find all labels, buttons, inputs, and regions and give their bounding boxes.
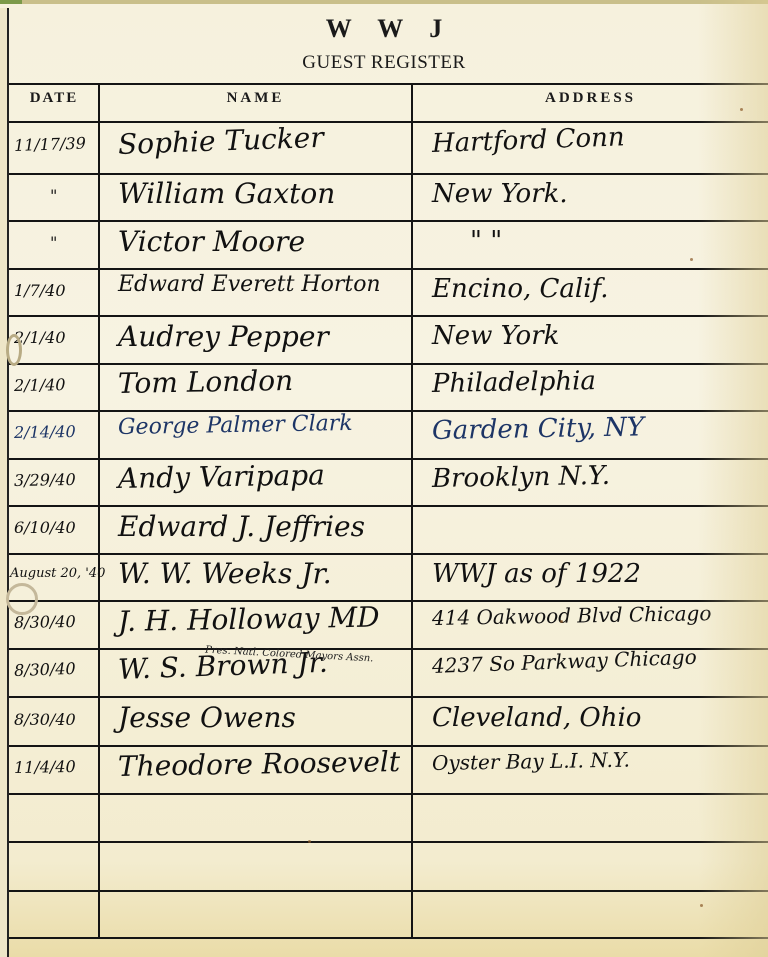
name-cell: William Gaxton	[118, 177, 335, 210]
date-cell: 1/7/40	[14, 281, 66, 300]
date-cell: 8/30/40	[14, 710, 76, 729]
address-cell: Oyster Bay L.I. N.Y.	[432, 748, 630, 775]
column-header-address: ADDRESS	[413, 90, 768, 107]
name-cell: George Palmer Clark	[118, 411, 353, 440]
date-cell: August 20, '40	[10, 566, 105, 581]
row-rule	[9, 841, 768, 843]
paper-speck	[690, 258, 693, 261]
name-cell: Edward J. Jeffries	[118, 510, 365, 543]
date-cell: 6/10/40	[14, 518, 76, 537]
binding-edge	[0, 8, 9, 957]
row-rule	[9, 696, 768, 698]
name-cell: W. W. Weeks Jr.	[118, 557, 332, 590]
row-rule	[9, 268, 768, 270]
row-rule	[9, 220, 768, 222]
address-cell: " "	[470, 226, 502, 256]
address-cell: New York.	[432, 179, 568, 209]
row-rule	[9, 83, 768, 85]
date-cell: "	[50, 233, 57, 252]
address-cell: Cleveland, Ohio	[432, 703, 641, 733]
date-cell: 2/14/40	[14, 422, 76, 442]
paper-speck	[740, 108, 743, 111]
column-rule	[411, 83, 413, 939]
column-rule	[98, 83, 100, 939]
row-rule	[9, 315, 768, 317]
name-cell: Andy Varipapa	[118, 459, 325, 496]
row-rule	[9, 793, 768, 795]
address-cell: Philadelphia	[432, 366, 596, 399]
date-cell: 8/30/40	[14, 612, 76, 632]
address-cell: Hartford Conn	[431, 123, 625, 160]
column-header-date: DATE	[10, 90, 98, 107]
paper-speck	[560, 620, 563, 623]
row-rule	[9, 121, 768, 123]
address-cell: WWJ as of 1922	[432, 559, 641, 589]
paper-speck	[268, 245, 271, 248]
name-cell: Victor Moore	[118, 225, 305, 258]
paper-speck	[700, 904, 703, 907]
station-title: W W J	[0, 14, 768, 44]
date-cell: "	[50, 186, 57, 205]
address-cell: 4237 So Parkway Chicago	[432, 645, 697, 678]
date-cell: 2/1/40	[14, 328, 66, 347]
date-cell: 2/1/40	[14, 375, 66, 395]
row-rule	[9, 173, 768, 175]
date-cell: 8/30/40	[14, 659, 76, 680]
name-cell: Theodore Roosevelt	[118, 745, 401, 783]
address-cell: New York	[432, 321, 559, 351]
row-rule	[9, 363, 768, 365]
column-header-name: NAME	[100, 90, 411, 107]
row-rule	[9, 410, 768, 412]
row-rule	[9, 937, 768, 939]
name-cell: Edward Everett Horton	[118, 272, 381, 297]
name-cell: Sophie Tucker	[117, 121, 324, 161]
address-cell: Encino, Calif.	[432, 274, 609, 304]
row-rule	[9, 458, 768, 460]
address-cell: 414 Oakwood Blvd Chicago	[432, 601, 712, 630]
name-cell: Audrey Pepper	[118, 320, 329, 353]
row-rule	[9, 553, 768, 555]
name-cell: Tom London	[118, 364, 294, 400]
address-cell: Brooklyn N.Y.	[432, 461, 611, 494]
date-cell: 11/4/40	[14, 757, 76, 777]
date-cell: 3/29/40	[14, 470, 76, 490]
row-rule	[9, 505, 768, 507]
row-rule	[9, 890, 768, 892]
paper-speck	[308, 840, 311, 843]
binder-ring-bottom	[6, 583, 38, 615]
register-title: GUEST REGISTER	[0, 52, 768, 74]
page-top-edge	[0, 0, 768, 4]
address-cell: Garden City, NY	[432, 413, 645, 447]
page-shadow	[698, 0, 768, 957]
binder-ring-top	[6, 334, 22, 366]
cover-edge	[0, 0, 22, 4]
date-cell: 11/17/39	[14, 134, 86, 155]
name-cell: Jesse Owens	[118, 701, 296, 734]
name-cell: J. H. Holloway MD	[118, 600, 380, 638]
